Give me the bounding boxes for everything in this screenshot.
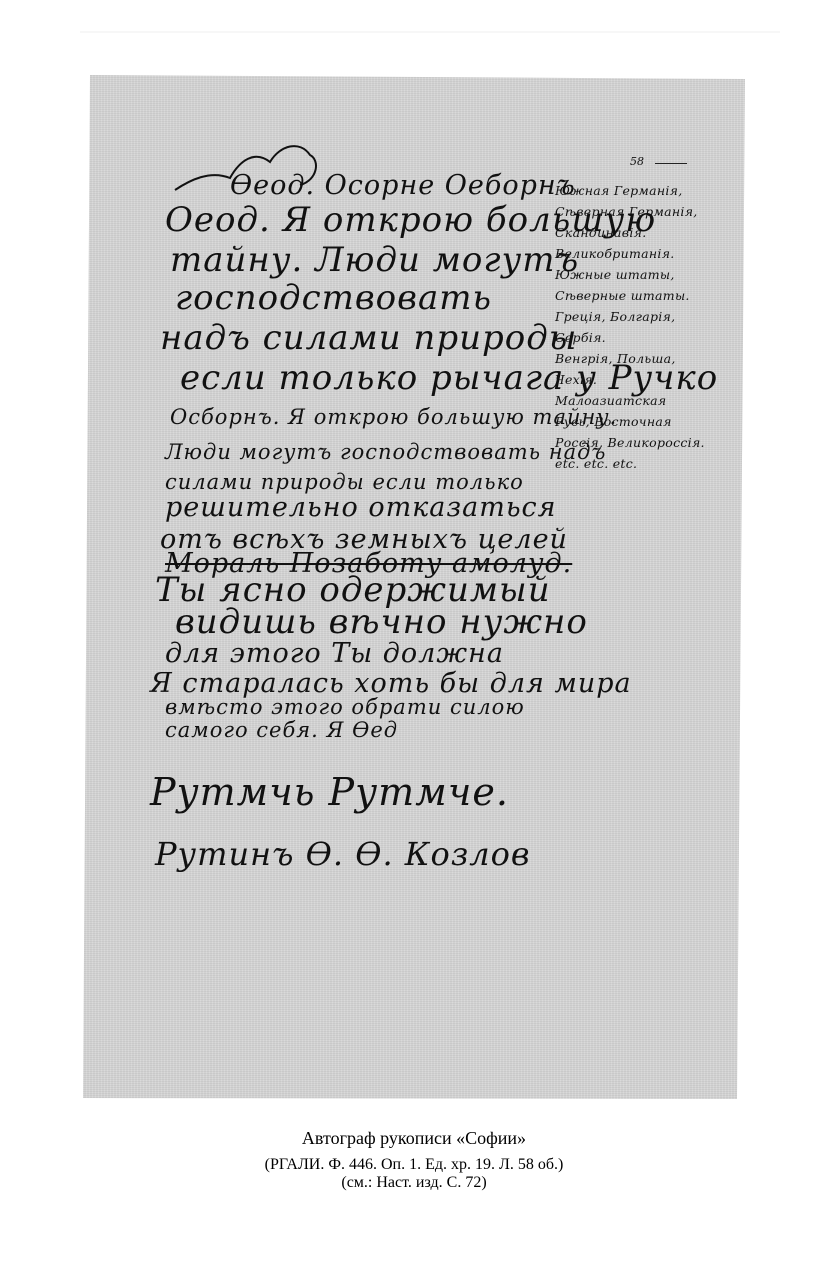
manuscript-line: для этого Ты должна	[165, 638, 504, 669]
margin-note: Великобританія.	[555, 243, 705, 264]
page-edge-line	[80, 31, 780, 33]
caption-archive-source: (РГАЛИ. Ф. 446. Оп. 1. Ед. хр. 19. Л. 58…	[0, 1156, 828, 1174]
manuscript-line: Люди могутъ господствовать надъ	[165, 440, 606, 464]
manuscript-signature: Рутинъ Ѳ. Ѳ. Козлов	[155, 835, 531, 873]
margin-note: Южные штаты,	[555, 264, 705, 285]
manuscript-line: самого себя. Я Ѳед	[165, 718, 398, 742]
margin-note: Южная Германія,	[555, 180, 705, 201]
margin-note: Сѣверные штаты.	[555, 285, 705, 306]
margin-note: Сѣверная Германія,	[555, 201, 705, 222]
margin-notes: Южная Германія, Сѣверная Германія, Сканд…	[555, 180, 705, 474]
margin-note: Сербія.	[555, 327, 705, 348]
manuscript-line: Ѳеод. Осорне Оеборнъ	[230, 170, 576, 201]
manuscript-signature: Рутмчь Рутмче.	[150, 770, 509, 814]
margin-note: Венгрія, Польша,	[555, 348, 705, 369]
page-number-dash	[655, 163, 687, 164]
manuscript-line: господствовать	[175, 278, 492, 318]
manuscript-line: вмѣсто этого обрати силою	[165, 695, 525, 719]
manuscript-page-number: 58	[630, 155, 644, 168]
manuscript-line: Осборнъ. Я открою большую тайну.	[170, 405, 617, 429]
margin-note: Россія, Великороссія.	[555, 432, 705, 453]
caption-reference: (см.: Наст. изд. С. 72)	[0, 1174, 828, 1192]
margin-note: Малоазиатская	[555, 390, 705, 411]
caption-title: Автограф рукописи «Софии»	[0, 1128, 828, 1149]
margin-note: etc. etc. etc.	[555, 453, 705, 474]
manuscript-line: решительно отказаться	[165, 492, 557, 523]
manuscript-line: тайну. Люди могутъ	[170, 240, 579, 280]
margin-note: Греція, Болгарія,	[555, 306, 705, 327]
margin-note: Русь, Восточная	[555, 411, 705, 432]
margin-note: Скандинавія.	[555, 222, 705, 243]
margin-note: Чехія.	[555, 369, 705, 390]
manuscript-line: видишь вѣчно нужно	[175, 602, 588, 642]
manuscript-line: силами природы если только	[165, 470, 524, 494]
manuscript-line: надъ силами природы	[160, 318, 577, 358]
